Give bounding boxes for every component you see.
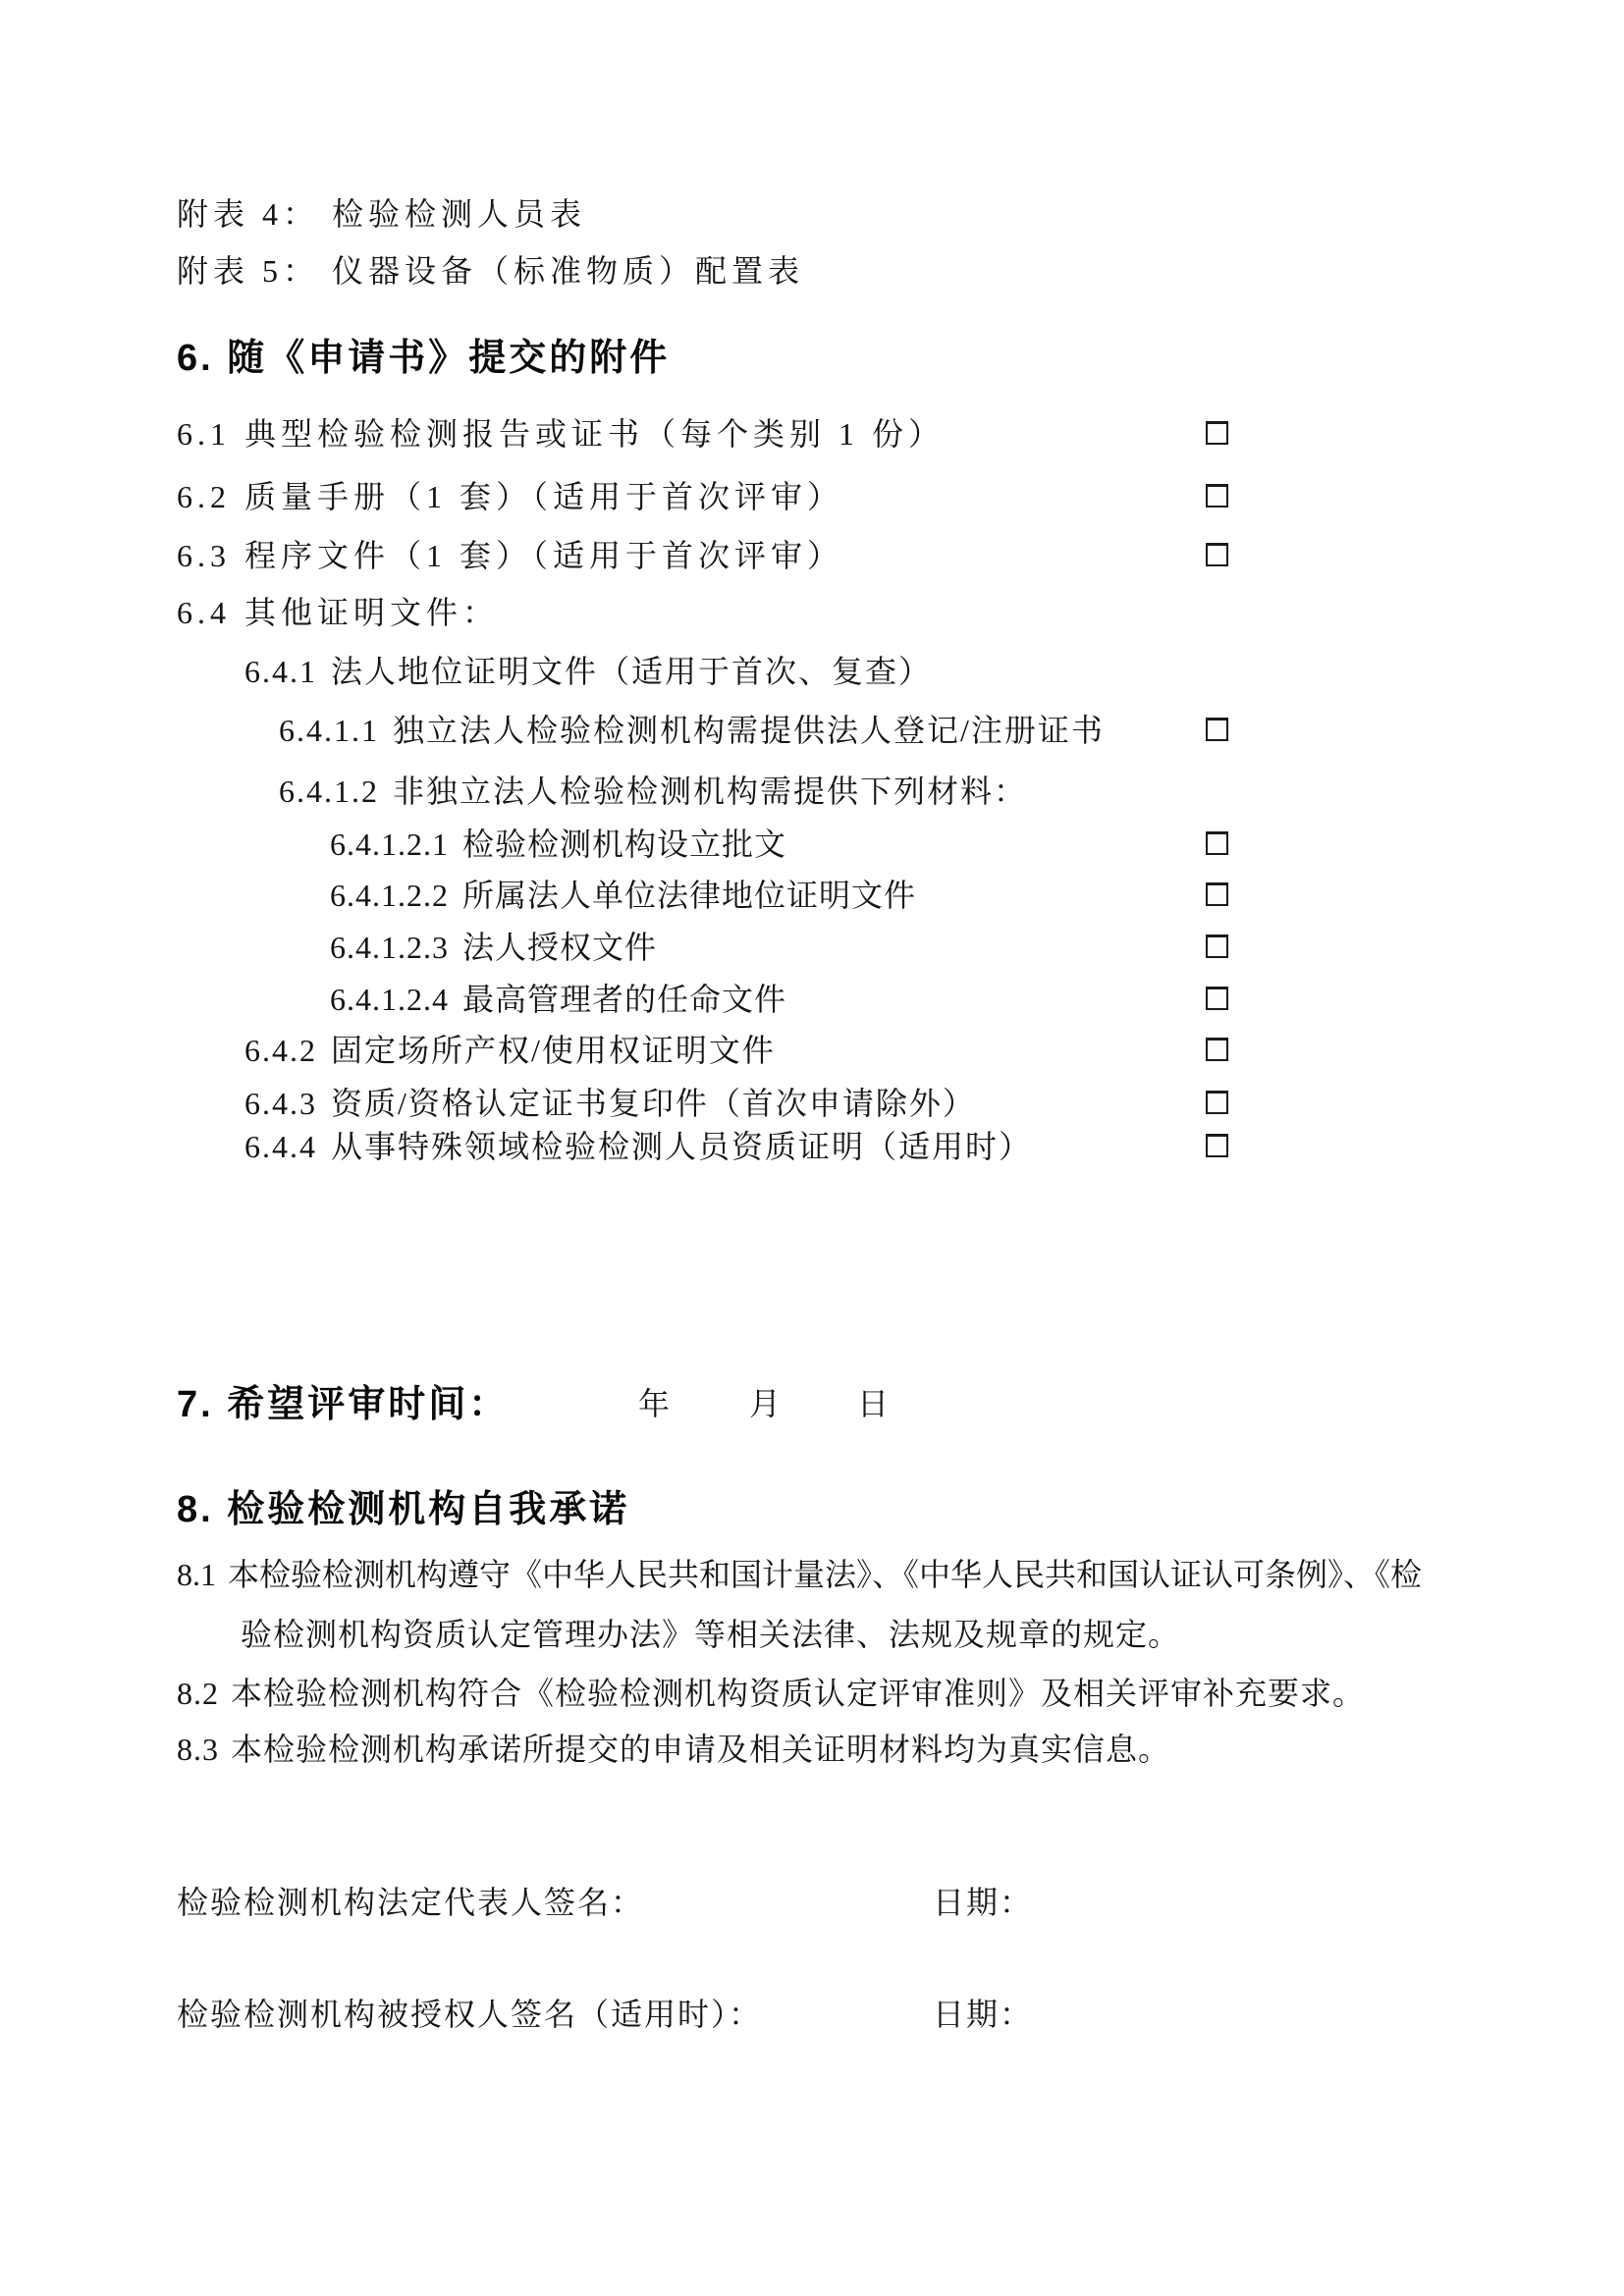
month-label: 月 [749,1382,781,1425]
checklist-item-6-1: 6.1典型检验检测报告或证书（每个类别 1 份） [0,412,1624,457]
item-text: 固定场所产权/使用权证明文件 [331,1033,776,1068]
checkbox-6-4-2[interactable] [1206,1038,1228,1061]
section8-heading: 8. 检验检测机构自我承诺 [0,1487,1624,1532]
checklist-item-6-2: 6.2质量手册（1 套）（适用于首次评审） [0,475,1624,520]
checklist-item-6-4-1-2-4: 6.4.1.2.4最高管理者的任命文件 [0,978,1624,1023]
checkbox-6-4-1-2-1[interactable] [1206,831,1228,855]
item-text: 质量手册（1 套）（适用于首次评审） [244,479,843,514]
item-number: 6.4 [177,595,231,630]
attachment-note-text: 附表 4： 检验检测人员表 [177,196,586,232]
item-text: 非独立法人检验检测机构需提供下列材料： [393,774,1027,809]
item-text: 典型检验检测报告或证书（每个类别 1 份） [244,416,945,452]
statement-8-2: 8.2本检验检测机构符合《检验检测机构资质认定评审准则》及相关评审补充要求。 [0,1672,1624,1717]
year-label: 年 [638,1382,670,1425]
item-text: 所属法人单位法律地位证明文件 [462,878,916,913]
item-number: 6.4.2 [244,1033,317,1068]
checkbox-6-4-4[interactable] [1206,1134,1228,1157]
checkbox-6-4-3[interactable] [1206,1091,1228,1114]
item-number: 6.4.4 [244,1129,317,1164]
signature-label: 检验检测机构法定代表人签名： [177,1885,644,1920]
signature-line-legal-representative: 检验检测机构法定代表人签名： 日期： [0,1881,1624,1926]
checklist-item-6-3: 6.3程序文件（1 套）（适用于首次评审） [0,534,1624,579]
attachment-note-4: 附表 4： 检验检测人员表 [0,192,1624,238]
statement-text: 本检验检测机构承诺所提交的申请及相关证明材料均为真实信息。 [231,1732,1170,1767]
item-text: 从事特殊领域检验检测人员资质证明（适用时） [331,1129,1032,1164]
checkbox-6-4-1-2-3[interactable] [1206,934,1228,958]
day-label: 日 [857,1382,889,1425]
item-text: 其他证明文件： [244,595,499,630]
item-number: 6.4.1 [244,654,317,689]
statement-text: 验检测机构资质认定管理办法》等相关法律、法规及规章的规定。 [241,1617,1180,1652]
statement-8-3: 8.3本检验检测机构承诺所提交的申请及相关证明材料均为真实信息。 [0,1728,1624,1773]
checkbox-6-4-1-1[interactable] [1206,718,1228,741]
statement-8-1-line1: 8.1本检验检测机构遵守《中华人民共和国计量法》、《中华人民共和国认证认可条例》… [0,1553,1624,1598]
checklist-item-6-4-1-2-1: 6.4.1.2.1检验检测机构设立批文 [0,823,1624,868]
section6-heading: 6. 随《申请书》提交的附件 [0,336,1624,381]
section8-heading-text: 8. 检验检测机构自我承诺 [177,1489,629,1530]
checklist-item-6-4-1: 6.4.1法人地位证明文件（适用于首次、复查） [0,650,1624,695]
signature-line-authorized-person: 检验检测机构被授权人签名（适用时）： 日期： [0,1993,1624,2038]
item-number: 6.4.1.2.4 [330,982,449,1017]
date-label: 日期： [933,1881,1033,1924]
item-number: 8.3 [177,1732,219,1767]
item-number: 8.2 [177,1676,219,1711]
date-label: 日期： [933,1993,1033,2036]
checklist-item-6-4-2: 6.4.2固定场所产权/使用权证明文件 [0,1029,1624,1074]
item-text: 法人地位证明文件（适用于首次、复查） [331,654,932,689]
item-number: 6.4.3 [244,1086,317,1121]
checklist-item-6-4-3: 6.4.3资质/资格认定证书复印件（首次申请除外） [0,1082,1624,1127]
checklist-item-6-4-1-2-3: 6.4.1.2.3法人授权文件 [0,926,1624,971]
item-text: 法人授权文件 [462,930,657,965]
document-page: 附表 4： 检验检测人员表 附表 5： 仪器设备（标准物质）配置表 6. 随《申… [0,0,1624,2296]
item-text: 最高管理者的任命文件 [462,982,786,1017]
item-number: 6.4.1.2.3 [330,930,449,965]
section7-heading: 7. 希望评审时间： [177,1384,509,1425]
item-text: 独立法人检验检测机构需提供法人登记/注册证书 [393,713,1105,748]
section6-heading-text: 6. 随《申请书》提交的附件 [177,338,670,379]
item-number: 8.1 [177,1557,216,1592]
item-text: 程序文件（1 套）（适用于首次评审） [244,538,843,573]
item-text: 资质/资格认定证书复印件（首次申请除外） [331,1086,976,1121]
checkbox-6-4-1-2-2[interactable] [1206,882,1228,906]
item-number: 6.4.1.2.1 [330,827,449,862]
checkbox-6-2[interactable] [1206,484,1228,507]
attachment-note-text: 附表 5： 仪器设备（标准物质）配置表 [177,253,804,289]
section7-line: 7. 希望评审时间： 年 月 日 [0,1382,1624,1427]
checklist-item-6-4-1-2-2: 6.4.1.2.2所属法人单位法律地位证明文件 [0,874,1624,919]
checklist-item-6-4-1-1: 6.4.1.1独立法人检验检测机构需提供法人登记/注册证书 [0,709,1624,754]
item-text: 检验检测机构设立批文 [462,827,786,862]
checklist-item-6-4-4: 6.4.4从事特殊领域检验检测人员资质证明（适用时） [0,1125,1624,1170]
item-number: 6.1 [177,416,231,452]
checkbox-6-1[interactable] [1206,421,1228,445]
statement-8-1-line2: 验检测机构资质认定管理办法》等相关法律、法规及规章的规定。 [0,1613,1624,1658]
statement-text: 本检验检测机构符合《检验检测机构资质认定评审准则》及相关评审补充要求。 [231,1676,1365,1711]
item-number: 6.2 [177,479,231,514]
attachment-note-5: 附表 5： 仪器设备（标准物质）配置表 [0,249,1624,294]
item-number: 6.4.1.1 [279,713,379,748]
item-number: 6.4.1.2 [279,774,379,809]
signature-label: 检验检测机构被授权人签名（适用时）： [177,1997,762,2032]
checklist-item-6-4: 6.4其他证明文件： [0,591,1624,636]
statement-text: 本检验检测机构遵守《中华人民共和国计量法》、《中华人民共和国认证认可条例》、《检 [228,1557,1422,1592]
item-number: 6.4.1.2.2 [330,878,449,913]
item-number: 6.3 [177,538,231,573]
checkbox-6-3[interactable] [1206,543,1228,566]
checkbox-6-4-1-2-4[interactable] [1206,987,1228,1010]
checklist-item-6-4-1-2: 6.4.1.2非独立法人检验检测机构需提供下列材料： [0,770,1624,815]
